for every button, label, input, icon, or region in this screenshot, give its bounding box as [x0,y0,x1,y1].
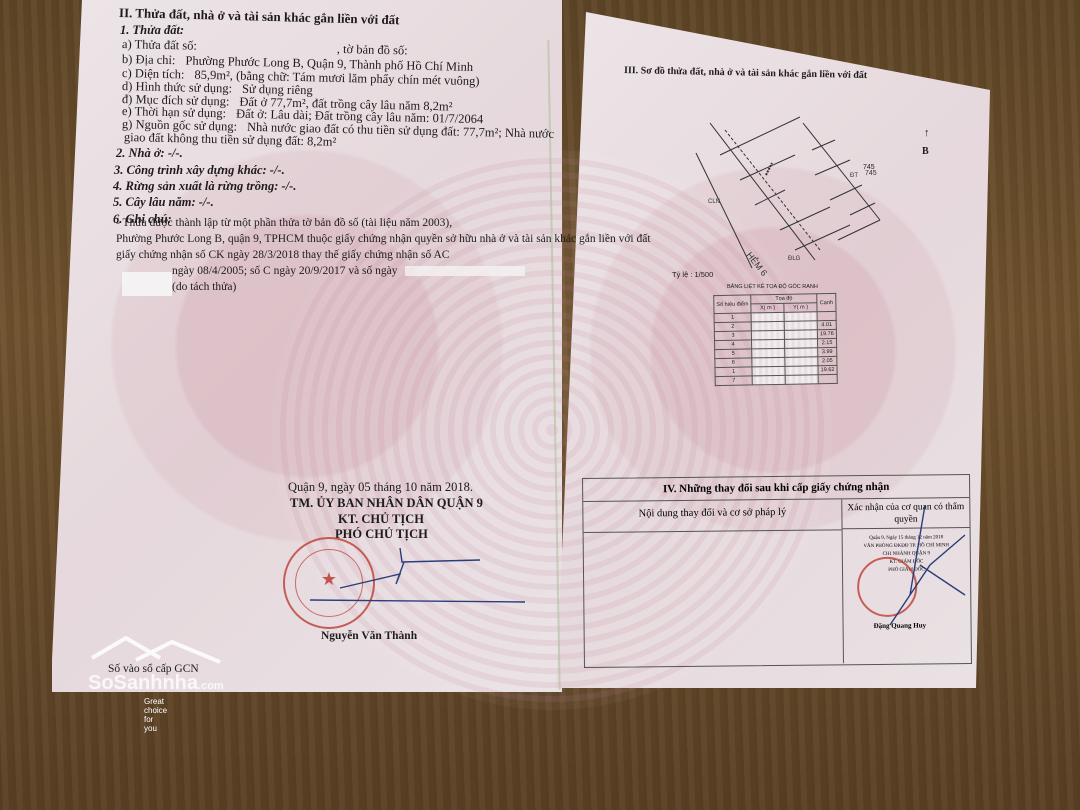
parcel-diagram: ĐT 745 CLN ĐLG HẺM 6 [680,95,940,295]
signature-right [870,505,970,635]
changes-content-column: Nội dung thay đổi và cơ sở pháp lý [583,499,844,666]
watermark-tagline: Great choice for you [144,697,167,733]
detail-value: , tờ bản đồ số: [337,42,408,58]
coordinate-table: Số hiệu điểmTọa độCạnh X( m )Y( m ) 124.… [713,293,837,386]
redaction [405,266,525,276]
signer-title-2: PHÓ CHỦ TỊCH [335,528,428,541]
note-line: (do tách thửa) [172,282,236,294]
note-line: Phường Phước Long B, quận 9, TPHCM thuộc… [116,234,651,246]
redaction [122,272,172,296]
detail-label: b) Địa chỉ: [122,52,176,67]
svg-text:CLN: CLN [708,199,720,205]
note-line: - Thửa được thành lập từ một phần thửa t… [116,218,452,230]
svg-text:745: 745 [865,170,877,177]
issue-date: Quận 9, ngày 05 tháng 10 năm 2018. [288,481,473,494]
note-line: giấy chứng nhận số CK ngày 28/3/2018 tha… [116,250,449,262]
svg-text:ĐLG: ĐLG [788,256,801,262]
section2-parcel-heading: 1. Thửa đất: [120,24,184,37]
signer-name: Nguyễn Văn Thành [321,631,417,643]
coord-row: 7 [715,374,837,385]
issuing-authority: TM. ỦY BAN NHÂN DÂN QUẬN 9 [290,497,483,510]
other-construction-line: 3. Công trình xây dựng khác: -/-. [114,164,285,177]
north-arrow-icon: ↑ [924,128,930,139]
svg-text:HẺM 6: HẺM 6 [744,249,770,277]
coord-table-title: BẢNG LIỆT KÊ TỌA ĐỘ GÓC RANH [727,285,818,291]
note-line: ngày 08/4/2005; số C ngày 20/9/2017 và s… [172,266,398,278]
svg-text:ĐT: ĐT [850,173,858,179]
house-line: 2. Nhà ở: -/-. [116,147,183,160]
neighbor-parcel-number: 745 [863,164,875,171]
house-logo-icon [90,634,230,672]
perennial-trees-line: 5. Cây lâu năm: -/-. [113,196,214,209]
forest-line: 4. Rừng sản xuất là rừng trồng: -/-. [113,180,296,193]
north-label: B [922,147,929,157]
map-scale: Tỷ lệ : 1/500 [672,271,713,279]
signer-title-1: KT. CHỦ TỊCH [338,513,424,526]
signature-left [300,548,530,608]
watermark-brand: SoSanhnha.com [88,672,224,695]
detail-label: a) Thửa đất số: [122,37,197,53]
